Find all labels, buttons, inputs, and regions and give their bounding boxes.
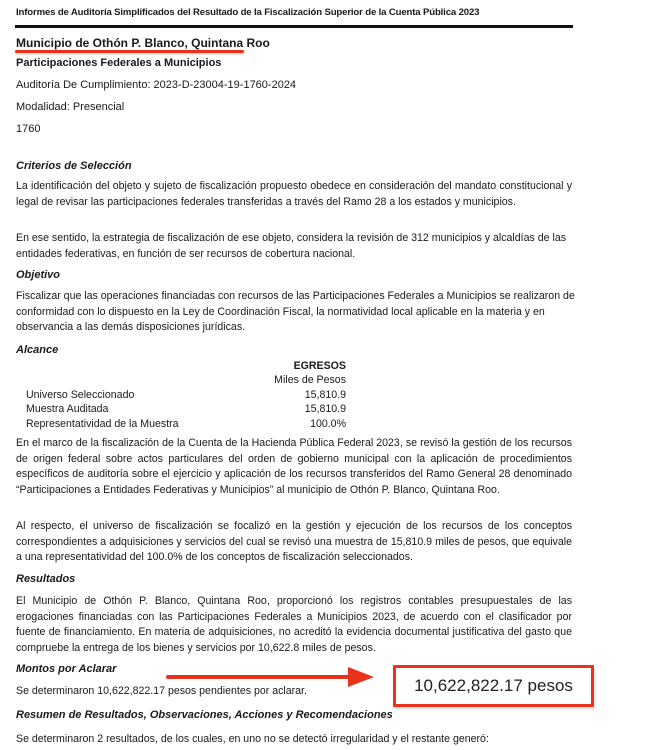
table-column-subheader: Miles de Pesos: [26, 373, 346, 387]
section-heading-resumen: Resumen de Resultados, Observaciones, Ac…: [16, 709, 393, 721]
header-rule: [15, 25, 573, 28]
municipality-name: Municipio de Othón P. Blanco, Quintana R…: [16, 36, 270, 50]
table-row: Muestra Auditada 15,810.9: [26, 402, 346, 416]
table-row-label: Universo Seleccionado: [26, 388, 134, 402]
section-heading-alcance: Alcance: [16, 344, 58, 356]
red-arrow-annotation: [166, 667, 376, 687]
criterios-paragraph-2: En ese sentido, la estrategia de fiscali…: [16, 231, 576, 262]
alcance-paragraph-2: Al respecto, el universo de fiscalizació…: [16, 519, 572, 566]
alcance-table: EGRESOS Miles de Pesos Universo Seleccio…: [26, 359, 346, 431]
table-column-header: EGRESOS: [26, 359, 346, 373]
section-heading-criterios: Criterios de Selección: [16, 160, 132, 172]
callout-amount-text: 10,622,822.17 pesos: [414, 676, 573, 696]
table-row-label: Representatividad de la Muestra: [26, 417, 179, 431]
table-row-value: 15,810.9: [305, 388, 346, 402]
audit-number: 1760: [16, 123, 40, 135]
red-underline-annotation: [15, 50, 244, 53]
resumen-text: Se determinaron 2 resultados, de los cua…: [16, 733, 489, 745]
audit-type: Auditoría De Cumplimiento: 2023-D-23004-…: [16, 79, 296, 91]
table-row-value: 15,810.9: [305, 402, 346, 416]
table-row: Universo Seleccionado 15,810.9: [26, 388, 346, 402]
document-page: Informes de Auditoría Simplificados del …: [0, 0, 655, 750]
highlighted-amount-callout: 10,622,822.17 pesos: [393, 665, 594, 707]
section-heading-montos: Montos por Aclarar: [16, 663, 116, 675]
program-name: Participaciones Federales a Municipios: [16, 57, 221, 69]
section-heading-objetivo: Objetivo: [16, 269, 60, 281]
table-row-label: Muestra Auditada: [26, 402, 108, 416]
resultados-paragraph: El Municipio de Othón P. Blanco, Quintan…: [16, 594, 572, 656]
table-row-value: 100.0%: [310, 417, 346, 431]
objetivo-paragraph: Fiscalizar que las operaciones financiad…: [16, 289, 576, 336]
criterios-paragraph-1: La identificación del objeto y sujeto de…: [16, 179, 572, 210]
audit-modality: Modalidad: Presencial: [16, 101, 124, 113]
alcance-paragraph-1: En el marco de la fiscalización de la Cu…: [16, 436, 572, 498]
section-heading-resultados: Resultados: [16, 573, 75, 585]
table-row: Representatividad de la Muestra 100.0%: [26, 417, 346, 431]
report-header-title: Informes de Auditoría Simplificados del …: [16, 7, 479, 18]
